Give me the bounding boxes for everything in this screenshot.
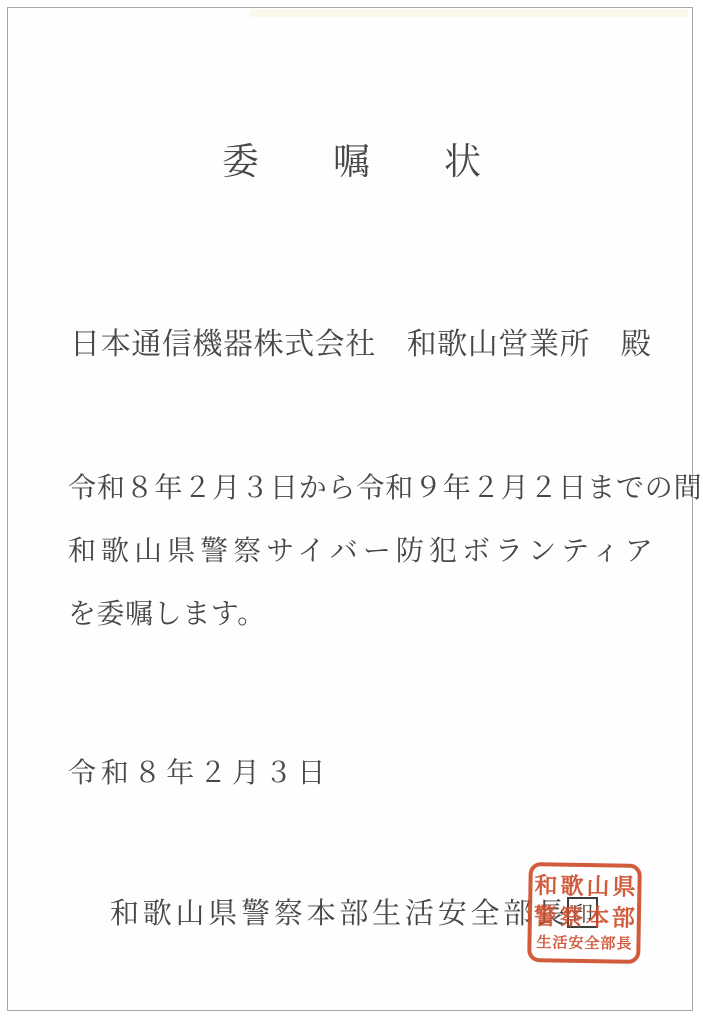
body-line-1: 令和８年２月３日から令和９年２月２日までの間 (68, 466, 702, 506)
recipient-line: 日本通信機器株式会社 和歌山営業所 殿 (70, 319, 651, 363)
document-title: 委嘱状 (0, 131, 703, 185)
seal-placeholder-mark: 印 (572, 898, 593, 928)
issue-date: 令和８年２月３日 (68, 751, 330, 791)
body-line-3: を委嘱します。 (68, 592, 266, 632)
body-line-2: 和歌山県警察サイバー防犯ボランティア (68, 529, 658, 569)
seal-placeholder-box: 印 (567, 897, 598, 928)
issuer-title: 和歌山県警察本部生活安全部長 (110, 891, 569, 932)
scan-artifact (250, 9, 688, 17)
certificate-page: 委嘱状 日本通信機器株式会社 和歌山営業所 殿 令和８年２月３日から令和９年２月… (0, 0, 703, 1024)
